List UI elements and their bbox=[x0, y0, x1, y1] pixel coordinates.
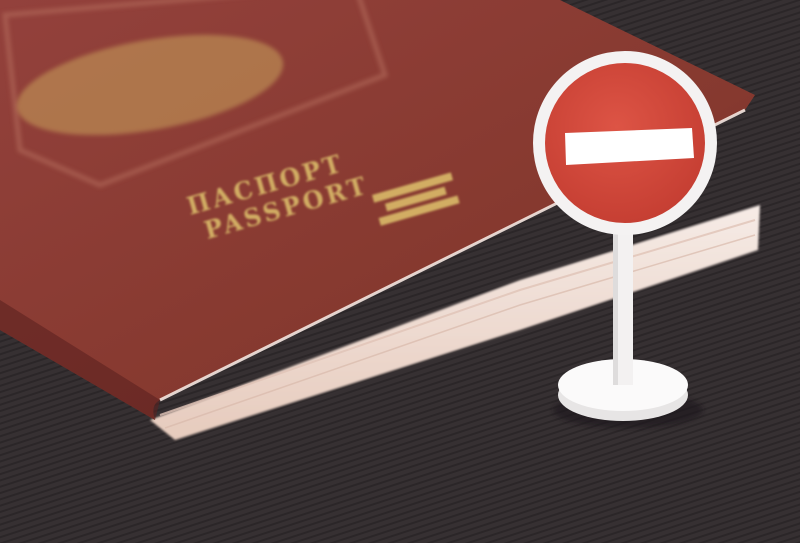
photo-scene: ПАСПОРТ PASSPORT bbox=[0, 0, 800, 546]
photo-canvas: ПАСПОРТ PASSPORT bbox=[0, 0, 800, 546]
